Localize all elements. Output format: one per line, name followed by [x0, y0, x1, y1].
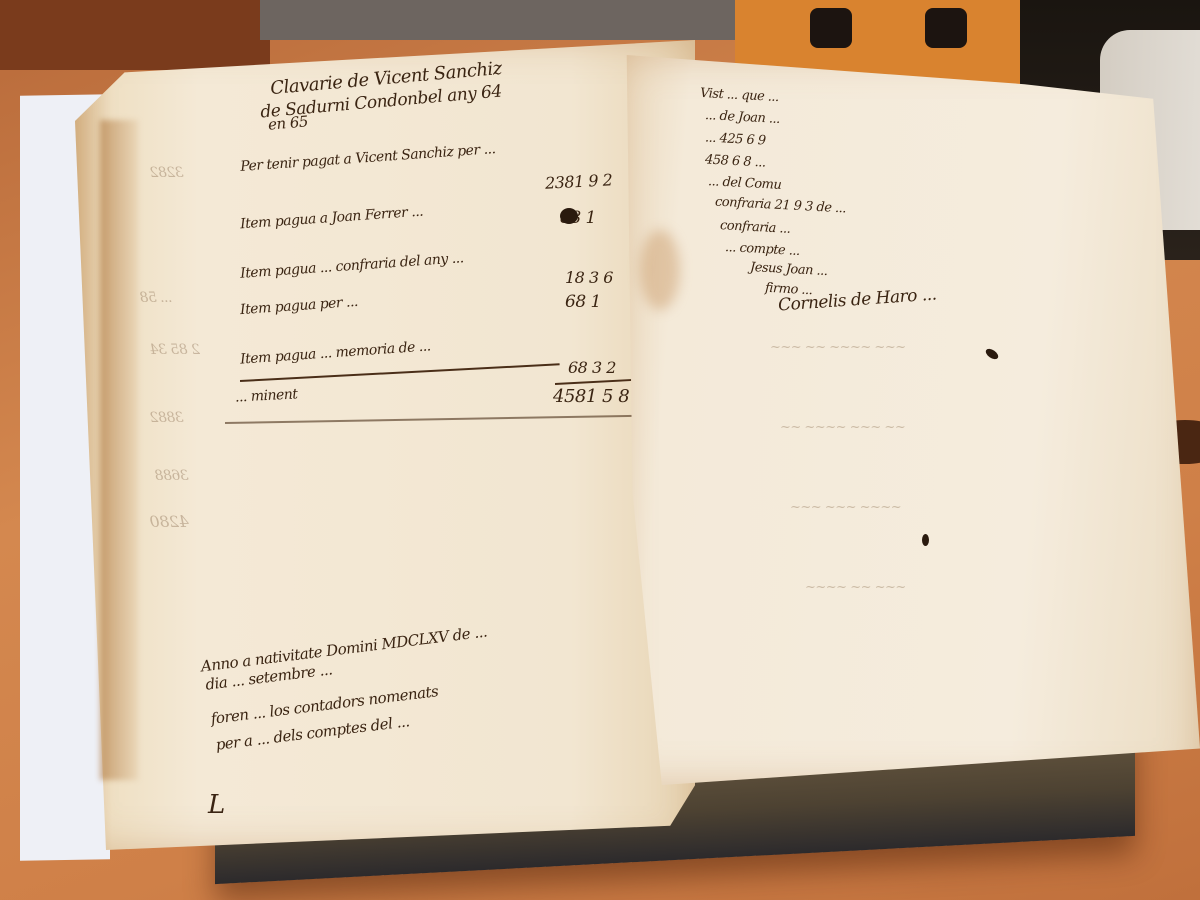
background-wall	[0, 0, 270, 70]
chair-handle-hole	[925, 8, 967, 48]
margin-bleed-number: 3882	[150, 410, 184, 426]
faded-text: ~~~~ ~~ ~~~	[805, 580, 906, 595]
corner-mark: L	[208, 790, 225, 820]
heading-line: en 65	[267, 112, 308, 133]
entry-amount: 68 1	[565, 292, 601, 312]
faded-text: ~~ ~~~~ ~~~ ~~	[780, 420, 905, 435]
margin-bleed-number: 3282	[150, 165, 184, 181]
entry-total: 4581 5 8	[553, 386, 629, 407]
margin-bleed-number: ... 58	[140, 290, 173, 306]
entry-amount: 18 3 6	[565, 268, 613, 287]
right-page-line: ... 425 6 9	[705, 130, 766, 148]
faded-text: ~~~ ~~~ ~~~~	[790, 500, 901, 515]
right-page	[615, 55, 1200, 785]
faded-text: ~~~ ~~ ~~~~ ~~~	[770, 340, 906, 355]
entry-amount: 2381 9 2	[545, 170, 613, 192]
margin-bleed-number: 4280	[150, 512, 189, 531]
background-object	[260, 0, 740, 40]
margin-bleed-number: 3688	[155, 468, 189, 484]
chair-handle-hole	[810, 8, 852, 48]
entry-text: ... minent	[235, 386, 298, 405]
ink-blot	[922, 534, 929, 546]
ink-blot	[560, 208, 578, 224]
photo-scene: Clavarie de Vicent Sanchiz de Sadurni Co…	[0, 0, 1200, 900]
right-page-line: 458 6 8 ...	[705, 152, 766, 170]
entry-amount: 68 3 2	[568, 358, 616, 377]
spine-stain	[640, 230, 680, 310]
margin-bleed-number: 2 85 34	[150, 342, 200, 358]
page-edge-stain	[100, 120, 138, 780]
